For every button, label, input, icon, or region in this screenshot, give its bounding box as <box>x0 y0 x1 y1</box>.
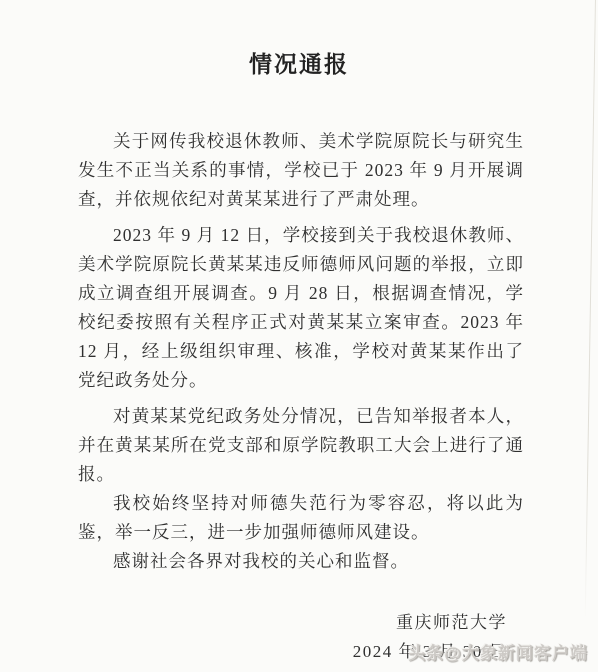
paper-edge-line <box>585 0 596 620</box>
news-client-watermark: 头条@大象新闻客户端 <box>408 639 588 664</box>
paragraph-intro: 关于网传我校退休教师、美术学院原院长与研究生发生不正当关系的事情，学校已于 20… <box>78 127 524 214</box>
paragraph-notification: 对黄某某党纪政务处分情况，已告知举报者本人，并在黄某某所在党支部和原学院教职工大… <box>78 402 524 489</box>
paragraph-investigation: 2023 年 9 月 12 日，学校接到关于我校退休教师、美术学院原院长黄某某违… <box>78 221 524 395</box>
signature-organization: 重庆师范大学 <box>0 608 507 637</box>
notice-document: 情况通报 关于网传我校退休教师、美术学院原院长与研究生发生不正当关系的事情，学校… <box>0 0 598 672</box>
document-title: 情况通报 <box>0 50 598 80</box>
paragraph-zero-tolerance: 我校始终坚持对师德失范行为零容忍，将以此为鉴，举一反三，进一步加强师德师风建设。 <box>78 489 524 547</box>
paragraph-thanks: 感谢社会各界对我校的关心和监督。 <box>78 547 524 576</box>
document-body: 关于网传我校退休教师、美术学院原院长与研究生发生不正当关系的事情，学校已于 20… <box>78 127 524 576</box>
